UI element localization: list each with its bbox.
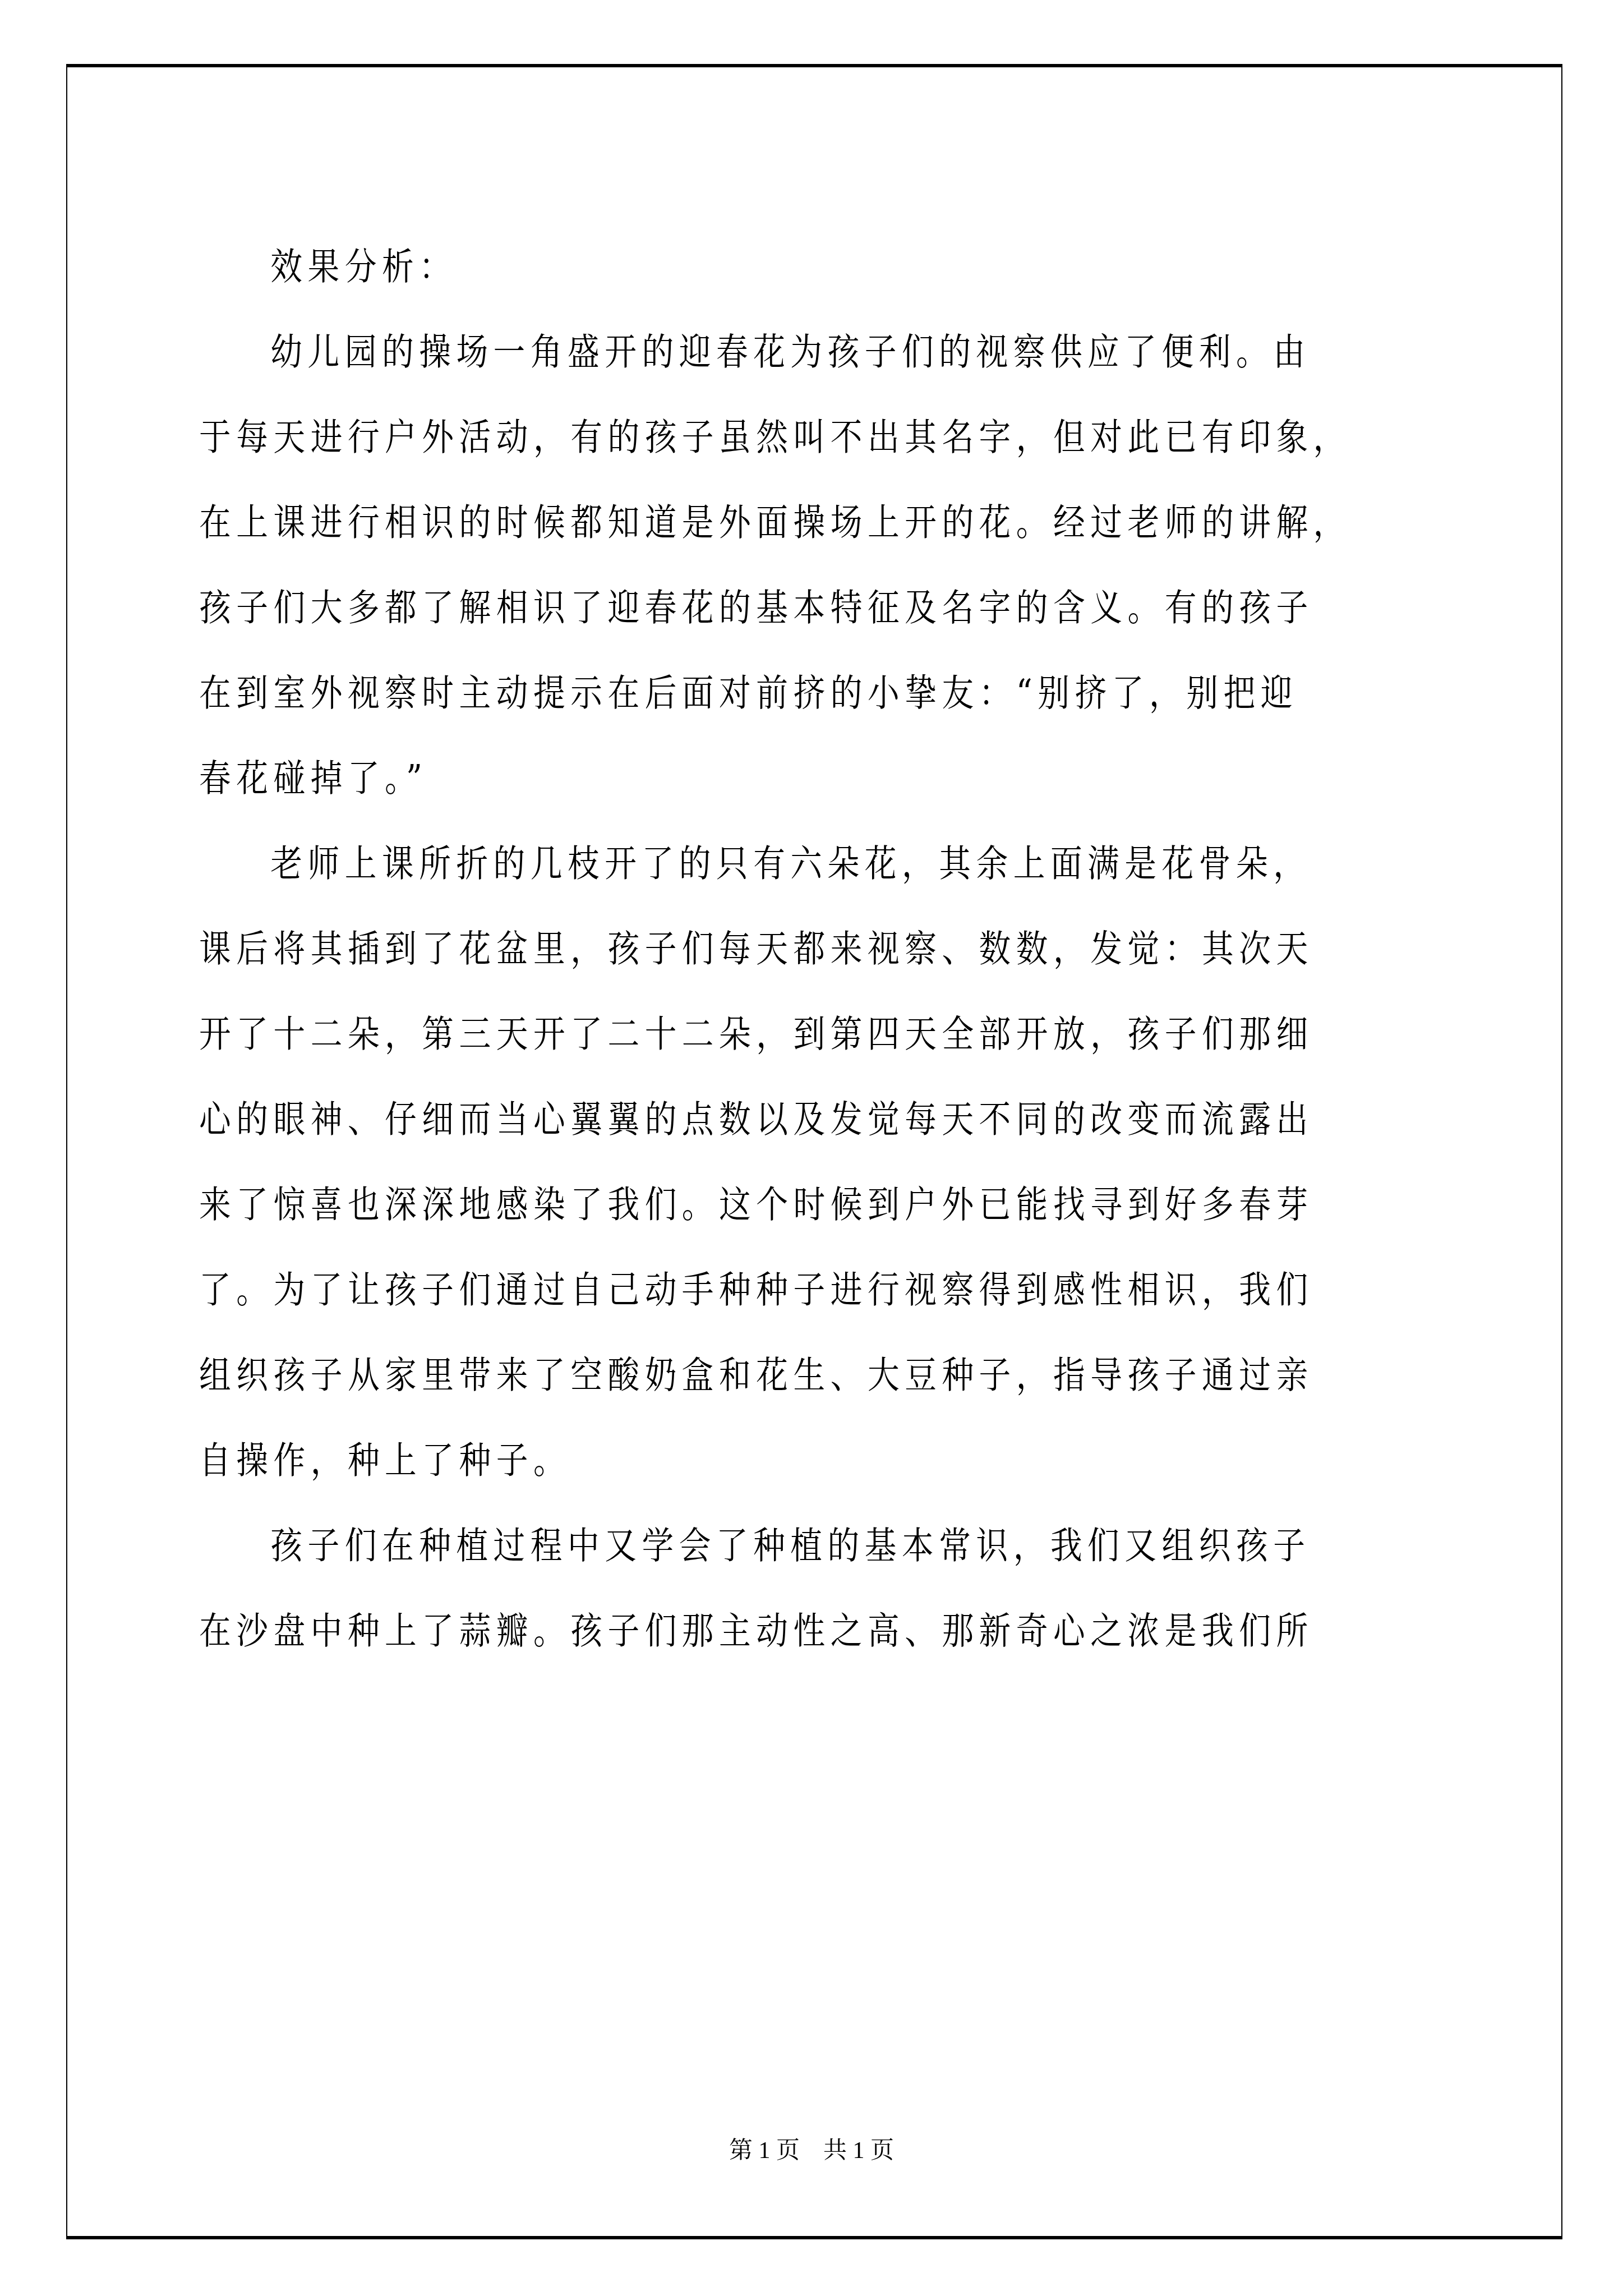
paragraph-line: 老师上课所折的几枝开了的只有六朵花，其余上面满是花骨朵， (199, 821, 1260, 907)
paragraph-line: 在到室外视察时主动提示在后面对前挤的小挚友：“别挤了，别把迎 (199, 651, 1260, 736)
paragraph-line: 于每天进行户外活动，有的孩子虽然叫不出其名字，但对此已有印象， (199, 395, 1260, 480)
paragraph-line: 自操作，种上了种子。 (199, 1418, 1260, 1503)
paragraph-line: 春花碰掉了。” (199, 736, 1260, 821)
paragraph-line: 在上课进行相识的时候都知道是外面操场上开的花。经过老师的讲解， (199, 480, 1260, 565)
paragraph-line: 开了十二朵，第三天开了二十二朵，到第四天全部开放，孩子们那细 (199, 992, 1260, 1077)
paragraph-line: 课后将其插到了花盆里，孩子们每天都来视察、数数，发觉：其次天 (199, 907, 1260, 992)
paragraph-line: 孩子们在种植过程中又学会了种植的基本常识，我们又组织孩子 (199, 1503, 1260, 1589)
paragraph-line: 幼儿园的操场一角盛开的迎春花为孩子们的视察供应了便利。由 (199, 310, 1260, 395)
page-number-footer: 第 1 页 共 1 页 (0, 2132, 1623, 2165)
paragraph-line: 在沙盘中种上了蒜瓣。孩子们那主动性之高、那新奇心之浓是我们所 (199, 1589, 1260, 1674)
paragraph-line: 孩子们大多都了解相识了迎春花的基本特征及名字的含义。有的孩子 (199, 565, 1260, 651)
paragraph-line: 心的眼神、仔细而当心翼翼的点数以及发觉每天不同的改变而流露出 (199, 1077, 1260, 1162)
paragraph-line: 了。为了让孩子们通过自己动手种种子进行视察得到感性相识，我们 (199, 1248, 1260, 1333)
paragraph-line: 来了惊喜也深深地感染了我们。这个时候到户外已能找寻到好多春芽 (199, 1162, 1260, 1248)
section-heading: 效果分析： (199, 224, 1260, 310)
document-body: 效果分析： 幼儿园的操场一角盛开的迎春花为孩子们的视察供应了便利。由 于每天进行… (199, 224, 1433, 1674)
paragraph-line: 组织孩子从家里带来了空酸奶盒和花生、大豆种子，指导孩子通过亲 (199, 1333, 1260, 1418)
